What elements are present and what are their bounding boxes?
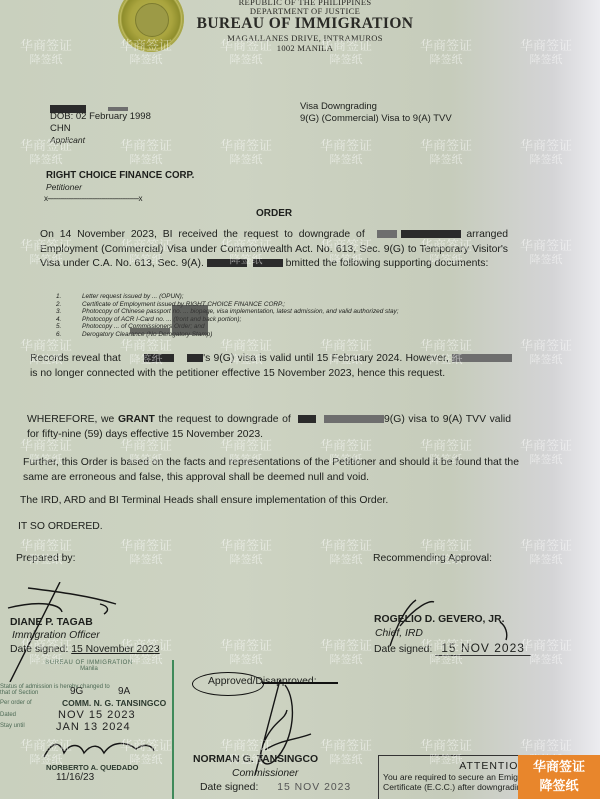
stamp-stay-label: Stay until [0, 723, 25, 729]
recommender-title: Chief, IRD [375, 628, 423, 639]
watermark: 华商签证降签纸 [120, 538, 172, 568]
list-item: 1.Letter request issued by ... (OPUN); [56, 293, 456, 301]
badge-line-2: 降签纸 [518, 776, 600, 795]
grant-keyword: GRANT [118, 414, 155, 425]
it-so-ordered: IT SO ORDERED. [18, 520, 103, 535]
list-item: 4.Photocopy of ACR I-Card no. ... (front… [56, 316, 456, 324]
badge-line-1: 华商签证 [518, 757, 600, 776]
approver-date: Date signed: 15 NOV 2023 [200, 782, 351, 793]
watermark: 华商签证降签纸 [220, 538, 272, 568]
recommending-approval-label: Recommending Approval: [373, 552, 492, 567]
preparer-title: Immigration Officer [12, 630, 100, 641]
watermark: 华商签证降签纸 [220, 638, 272, 668]
bureau-seal-icon [118, 0, 184, 52]
redacted-name [401, 230, 461, 238]
supporting-documents-list: 1.Letter request issued by ... (OPUN); 2… [56, 293, 456, 338]
watermark: 华商签证降签纸 [320, 638, 372, 668]
stamp-dated-label: Dated [0, 712, 16, 718]
stamp-to-visa: 9A [118, 686, 130, 697]
petitioner-role: Petitioner [46, 182, 82, 192]
applicant-dob: DOB: 02 February 1998 [50, 111, 151, 122]
recommender-name: ROGELIO D. GEVERO, JR. [374, 614, 504, 625]
watermark: 华商签证降签纸 [220, 138, 272, 168]
paragraph-request: On 14 November 2023, BI received the req… [40, 228, 508, 272]
date-value: 15 November 2023 [71, 644, 159, 655]
paragraph-wherefore: WHEREFORE, we GRANT the request to downg… [27, 413, 511, 442]
letterhead-address-2: 1002 MANILA [190, 43, 420, 53]
stamp-handwritten-date: 11/16/23 [56, 772, 178, 783]
subject-line-2: 9(G) (Commercial) Visa to 9(A) TVV [300, 113, 452, 124]
brand-badge: 华商签证 降签纸 [518, 755, 600, 799]
watermark: 华商签证降签纸 [320, 138, 372, 168]
preparer-date: Date signed: 15 November 2023 [10, 644, 160, 655]
watermark: 华商签证降签纸 [120, 138, 172, 168]
list-item: 5.Photocopy ... of Commissioners Order; … [56, 323, 456, 331]
watermark: 华商签证降签纸 [520, 538, 572, 568]
redacted-name [298, 415, 316, 423]
redacted-name [144, 354, 174, 362]
date-value: 15 NOV 2023 [435, 641, 531, 656]
approver-title: Commissioner [232, 768, 298, 779]
p3-text-a: WHEREFORE, we [27, 414, 114, 425]
stamp-stay-until: JAN 13 2024 [56, 721, 131, 733]
list-item: 2.Certificate of Employment issued by RI… [56, 301, 456, 309]
signature-stamp-officer [40, 739, 160, 761]
redacted-name [377, 230, 397, 238]
redacted-name [207, 259, 247, 267]
stamp-line-3: Per order of [0, 700, 32, 706]
date-label: Date signed: [10, 644, 68, 655]
date-value: 15 NOV 2023 [277, 782, 351, 793]
watermark: 华商签证降签纸 [520, 238, 572, 268]
paragraph-records: Records reveal that 's 9(G) visa is vali… [30, 352, 512, 381]
redacted-name [187, 354, 203, 362]
p2-text-b: 's 9(G) visa is valid until 15 February … [203, 353, 449, 364]
caption-separator: x---------------------------------------… [44, 194, 142, 203]
letterhead-address-1: MAGALLANES DRIVE, INTRAMUROS [190, 33, 420, 43]
order-title: ORDER [256, 208, 292, 219]
stamp-city: Manila [0, 666, 178, 672]
paragraph-implementation: The IRD, ARD and BI Terminal Heads shall… [20, 494, 520, 509]
stamp-officer: NORBERTO A. QUEDADO [46, 763, 178, 772]
approver-name: NORMAN G. TANSINGCO [193, 754, 318, 765]
redaction-block [172, 305, 208, 335]
p1-text-c: bmitted the following supporting documen… [286, 258, 489, 269]
redacted-name [253, 259, 283, 267]
watermark: 华商签证降签纸 [520, 438, 572, 468]
stamp-line-2: that of Section [0, 690, 38, 696]
watermark: 华商签证降签纸 [520, 338, 572, 368]
recommender-date: Date signed: 15 NOV 2023 [374, 641, 531, 655]
stamp-from-visa: 9G [70, 686, 83, 697]
watermark: 华商签证降签纸 [320, 538, 372, 568]
date-label: Date signed: [374, 644, 432, 655]
date-label: Date signed: [200, 782, 258, 793]
redaction-block [130, 328, 170, 334]
p1-text-a: On 14 November 2023, BI received the req… [40, 229, 365, 240]
preparer-name: DIANE P. TAGAB [10, 617, 93, 628]
letterhead-agency: BUREAU OF IMMIGRATION [190, 15, 420, 33]
paragraph-further: Further, this Order is based on the fact… [23, 456, 519, 485]
applicant-nationality: CHN [50, 123, 71, 134]
stamp-dated: NOV 15 2023 [58, 709, 136, 721]
redacted-name [324, 415, 384, 423]
subject-line-1: Visa Downgrading [300, 101, 377, 112]
list-item: 6.Derogatory Clearance (No Derogatory St… [56, 331, 456, 339]
applicant-role: Applicant [50, 135, 85, 145]
list-item: 3.Photocopy of Chinese passport no. ... … [56, 308, 456, 316]
watermark: 华商签证降签纸 [420, 138, 472, 168]
watermark: 华商签证降签纸 [20, 38, 72, 68]
p3-text-b: the request to downgrade of [159, 414, 291, 425]
watermark: 华商签证降签纸 [520, 38, 572, 68]
petitioner-name: RIGHT CHOICE FINANCE CORP. [46, 170, 194, 181]
redacted-name [452, 354, 512, 362]
seal-emblem [135, 3, 169, 37]
p2-text-c: is no longer connected with the petition… [30, 368, 445, 379]
watermark: 华商签证降签纸 [520, 138, 572, 168]
stamp-commissioner: COMM. N. G. TANSINGCO [62, 698, 166, 708]
signature-approver [235, 680, 325, 780]
prepared-by-label: Prepared by: [16, 552, 76, 567]
change-of-status-stamp: BUREAU OF IMMIGRATION Manila Status of a… [0, 660, 178, 783]
p2-text-a: Records reveal that [30, 353, 121, 364]
watermark: 华商签证降签纸 [420, 38, 472, 68]
watermark: 华商签证降签纸 [320, 738, 372, 768]
